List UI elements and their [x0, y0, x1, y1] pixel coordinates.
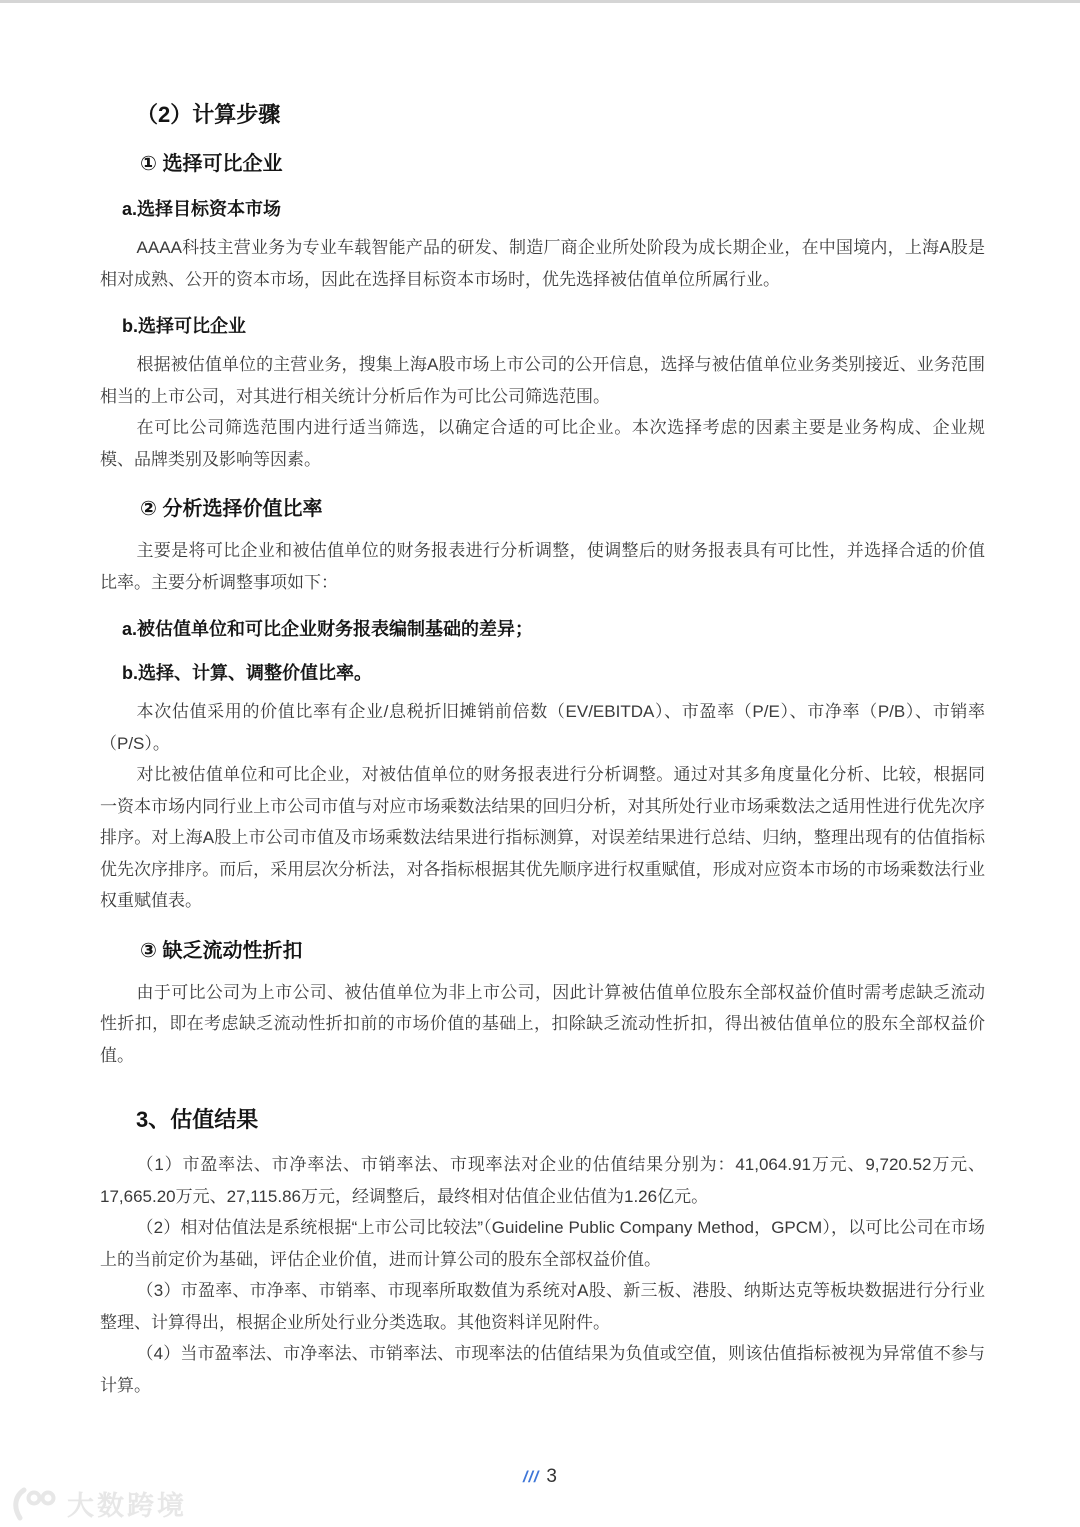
paragraph-ratios-used: 本次估值采用的价值比率有企业/息税折旧摊销前倍数（EV/EBITDA）、市盈率（…	[100, 696, 985, 759]
paragraph-result-1: （1）市盈率法、市净率法、市销率法、市现率法对企业的估值结果分别为：41,064…	[100, 1149, 985, 1212]
section-heading-valuation-results: 3、估值结果	[100, 1105, 985, 1135]
paragraph-result-2: （2）相对估值法是系统根据“上市公司比较法”（Guideline Public …	[100, 1212, 985, 1275]
subsubheading-select-target-capital-market: a.选择目标资本市场	[100, 196, 985, 222]
subsubheading-select-calc-adjust-ratios: b.选择、计算、调整价值比率。	[100, 660, 985, 686]
paragraph-value-ratio-intro: 主要是将可比企业和被估值单位的财务报表进行分析调整，使调整后的财务报表具有可比性…	[100, 535, 985, 598]
subheading-lack-of-liquidity-discount: ③ 缺乏流动性折扣	[100, 937, 985, 965]
paragraph-comparables-collection: 根据被估值单位的主营业务，搜集上海A股市场上市公司的公开信息，选择与被估值单位业…	[100, 349, 985, 412]
watermark-text: 大数跨境	[67, 1484, 187, 1523]
watermark: 大数跨境	[10, 1484, 187, 1523]
subheading-analyze-value-ratios: ② 分析选择价值比率	[100, 495, 985, 523]
paragraph-analysis-adjustment: 对比被估值单位和可比企业，对被估值单位的财务报表进行分析调整。通过对其多角度量化…	[100, 759, 985, 917]
document-page: （2）计算步骤 ① 选择可比企业 a.选择目标资本市场 AAAA科技主营业务为专…	[0, 0, 1080, 1527]
subsubheading-select-comparables: b.选择可比企业	[100, 313, 985, 339]
page-number: 3	[546, 1466, 557, 1487]
section-heading-calculation-steps: （2）计算步骤	[100, 100, 985, 130]
subsubheading-reporting-basis-difference: a.被估值单位和可比企业财务报表编制基础的差异；	[100, 616, 985, 642]
paragraph-comparables-screening: 在可比公司筛选范围内进行适当筛选，以确定合适的可比企业。本次选择考虑的因素主要是…	[100, 412, 985, 475]
footer-slashes-decoration: ///	[523, 1469, 539, 1486]
paragraph-liquidity-discount: 由于可比公司为上市公司、被估值单位为非上市公司，因此计算被估值单位股东全部权益价…	[100, 977, 985, 1072]
paragraph-target-market: AAAA科技主营业务为专业车载智能产品的研发、制造厂商企业所处阶段为成长期企业，…	[100, 232, 985, 295]
paragraph-result-4: （4）当市盈率法、市净率法、市销率法、市现率法的估值结果为负值或空值，则该估值指…	[100, 1338, 985, 1401]
subheading-select-comparable-companies: ① 选择可比企业	[100, 150, 985, 178]
watermark-smiley-100-logo-icon	[10, 1487, 58, 1521]
document-body: （2）计算步骤 ① 选择可比企业 a.选择目标资本市场 AAAA科技主营业务为专…	[100, 0, 985, 1401]
paragraph-result-3: （3）市盈率、市净率、市销率、市现率所取数值为系统对A股、新三板、港股、纳斯达克…	[100, 1275, 985, 1338]
